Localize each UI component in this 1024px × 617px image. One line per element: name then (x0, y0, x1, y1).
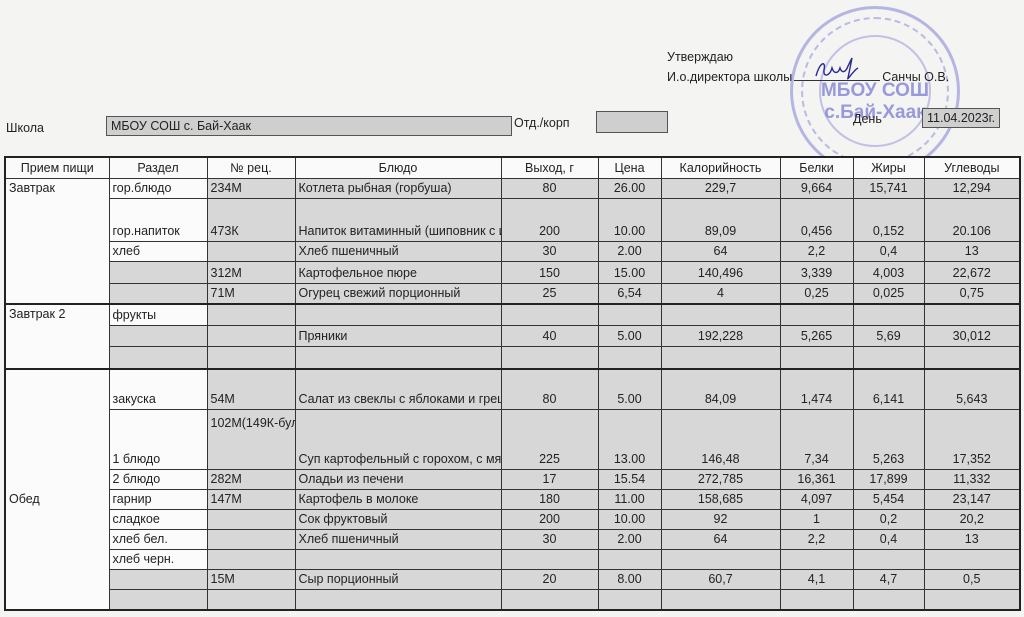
cell-dish: Пряники (295, 325, 501, 346)
cell-recipe: 282М (207, 469, 295, 489)
signature-icon (812, 56, 862, 84)
cell-recipe (207, 325, 295, 346)
cell-dish (295, 549, 501, 569)
cell-fat (853, 304, 924, 325)
cell-section: 1 блюдо (109, 409, 207, 469)
signature-field (794, 68, 880, 81)
table-row: хлеб черн. (5, 549, 1020, 569)
cell-fat: 0,152 (853, 199, 924, 242)
cell-dish: Салат из свеклы с яблоками и грецкими ор… (295, 369, 501, 409)
cell-section: гор.напиток (109, 199, 207, 242)
cell-protein: 7,34 (780, 409, 853, 469)
date-field: 11.04.2023г. (922, 108, 1000, 128)
cell-fat: 0,2 (853, 509, 924, 529)
cell-protein: 0,25 (780, 284, 853, 305)
cell-carbs: 23,147 (924, 489, 1020, 509)
approver-position: И.о.директора школы (667, 70, 792, 84)
meal-name: Завтрак 2 (5, 304, 109, 369)
meal-name: Обед (5, 369, 109, 610)
cell-price: 10.00 (598, 509, 661, 529)
cell-kcal: 272,785 (661, 469, 780, 489)
cell-section: фрукты (109, 304, 207, 325)
cell-yield: 80 (501, 369, 598, 409)
column-header-fat: Жиры (853, 157, 924, 179)
cell-dish: Оладьи из печени (295, 469, 501, 489)
column-header-price: Цена (598, 157, 661, 179)
cell-dish: Картофель в молоке (295, 489, 501, 509)
column-header-section: Раздел (109, 157, 207, 179)
cell-carbs (924, 549, 1020, 569)
cell-dish: Сыр порционный (295, 569, 501, 589)
cell-dish (295, 304, 501, 325)
cell-price: 2.00 (598, 529, 661, 549)
approval-block: Утверждаю И.о.директора школыСанчы О.В. (667, 47, 949, 87)
cell-fat: 5,263 (853, 409, 924, 469)
school-stamp: МБОУ СОШ с.Бай-Хаак (790, 6, 960, 176)
cell-dish: Картофельное пюре (295, 262, 501, 284)
table-row: гор.напиток473КНапиток витаминный (шипов… (5, 199, 1020, 242)
cell-recipe: 71М (207, 284, 295, 305)
cell-fat: 5,454 (853, 489, 924, 509)
table-row: Завтракгор.блюдо234МКотлета рыбная (горб… (5, 179, 1020, 199)
cell-fat: 17,899 (853, 469, 924, 489)
cell-price (598, 589, 661, 610)
cell-kcal: 89,09 (661, 199, 780, 242)
cell-price: 5.00 (598, 325, 661, 346)
cell-recipe: 147М (207, 489, 295, 509)
cell-kcal: 4 (661, 284, 780, 305)
cell-recipe: 102М(149К-бульон) (207, 409, 295, 469)
cell-carbs: 11,332 (924, 469, 1020, 489)
cell-protein: 4,097 (780, 489, 853, 509)
table-row: хлеб бел.Хлеб пшеничный302.00642,20,413 (5, 529, 1020, 549)
cell-recipe: 234М (207, 179, 295, 199)
cell-protein: 3,339 (780, 262, 853, 284)
cell-recipe (207, 529, 295, 549)
table-row: 312МКартофельное пюре15015.00140,4963,33… (5, 262, 1020, 284)
cell-dish (295, 589, 501, 610)
cell-kcal: 192,228 (661, 325, 780, 346)
cell-protein: 2,2 (780, 529, 853, 549)
school-label: Школа (6, 121, 44, 135)
table-row: 15МСыр порционный208.0060,74,14,70,5 (5, 569, 1020, 589)
cell-yield: 80 (501, 179, 598, 199)
cell-section: закуска (109, 369, 207, 409)
cell-protein: 0,456 (780, 199, 853, 242)
cell-fat: 5,69 (853, 325, 924, 346)
dept-field (596, 111, 668, 133)
cell-price: 13.00 (598, 409, 661, 469)
cell-recipe (207, 304, 295, 325)
cell-kcal (661, 346, 780, 369)
cell-recipe (207, 346, 295, 369)
column-header-recipe: № рец. (207, 157, 295, 179)
cell-protein: 9,664 (780, 179, 853, 199)
table-row (5, 589, 1020, 610)
cell-price (598, 304, 661, 325)
column-header-dish: Блюдо (295, 157, 501, 179)
cell-dish: Суп картофельный с горохом, с мясом птиц… (295, 409, 501, 469)
cell-yield: 150 (501, 262, 598, 284)
cell-kcal: 84,09 (661, 369, 780, 409)
cell-yield (501, 589, 598, 610)
cell-fat: 6,141 (853, 369, 924, 409)
table-row: сладкоеСок фруктовый20010.009210,220,2 (5, 509, 1020, 529)
cell-price: 15.00 (598, 262, 661, 284)
cell-dish: Огурец свежий порционный (295, 284, 501, 305)
cell-recipe: 15М (207, 569, 295, 589)
cell-kcal (661, 589, 780, 610)
table-row: хлебХлеб пшеничный302.00642,20,413 (5, 242, 1020, 262)
cell-carbs: 22,672 (924, 262, 1020, 284)
cell-fat: 0,4 (853, 242, 924, 262)
cell-price: 10.00 (598, 199, 661, 242)
table-row: 71МОгурец свежий порционный256,5440,250,… (5, 284, 1020, 305)
cell-section: гор.блюдо (109, 179, 207, 199)
cell-kcal: 64 (661, 242, 780, 262)
cell-fat (853, 346, 924, 369)
cell-carbs: 12,294 (924, 179, 1020, 199)
cell-protein (780, 304, 853, 325)
cell-dish (295, 346, 501, 369)
cell-kcal (661, 304, 780, 325)
cell-kcal: 146,48 (661, 409, 780, 469)
cell-carbs: 13 (924, 242, 1020, 262)
table-row: Обедзакуска54МСалат из свеклы с яблоками… (5, 369, 1020, 409)
cell-protein: 1 (780, 509, 853, 529)
cell-yield: 30 (501, 529, 598, 549)
cell-section (109, 589, 207, 610)
cell-dish: Котлета рыбная (горбуша) (295, 179, 501, 199)
cell-yield (501, 549, 598, 569)
cell-yield: 20 (501, 569, 598, 589)
cell-yield: 200 (501, 199, 598, 242)
cell-price: 26.00 (598, 179, 661, 199)
cell-protein: 2,2 (780, 242, 853, 262)
cell-section: гарнир (109, 489, 207, 509)
cell-kcal: 158,685 (661, 489, 780, 509)
cell-carbs: 20,2 (924, 509, 1020, 529)
cell-fat: 15,741 (853, 179, 924, 199)
cell-fat: 0,4 (853, 529, 924, 549)
cell-carbs (924, 304, 1020, 325)
cell-yield (501, 304, 598, 325)
cell-section: 2 блюдо (109, 469, 207, 489)
cell-carbs: 5,643 (924, 369, 1020, 409)
table-row: Пряники405.00192,2285,2655,6930,012 (5, 325, 1020, 346)
table-row: 2 блюдо282МОладьи из печени1715.54272,78… (5, 469, 1020, 489)
cell-protein: 5,265 (780, 325, 853, 346)
cell-recipe: 473К (207, 199, 295, 242)
cell-fat: 0,025 (853, 284, 924, 305)
approval-title: Утверждаю (667, 47, 949, 67)
cell-price: 11.00 (598, 489, 661, 509)
cell-yield: 17 (501, 469, 598, 489)
cell-section: хлеб (109, 242, 207, 262)
cell-price: 8.00 (598, 569, 661, 589)
cell-kcal: 92 (661, 509, 780, 529)
cell-price: 15.54 (598, 469, 661, 489)
cell-section (109, 569, 207, 589)
cell-price: 6,54 (598, 284, 661, 305)
table-row: 1 блюдо102М(149К-бульон)Суп картофельный… (5, 409, 1020, 469)
table-header-row: Прием пищиРаздел№ рец.БлюдоВыход, гЦенаК… (5, 157, 1020, 179)
cell-carbs (924, 346, 1020, 369)
cell-section: сладкое (109, 509, 207, 529)
day-label: День (853, 112, 882, 126)
table-row (5, 346, 1020, 369)
table-row: гарнир147МКартофель в молоке18011.00158,… (5, 489, 1020, 509)
cell-recipe (207, 549, 295, 569)
cell-price (598, 346, 661, 369)
cell-section (109, 346, 207, 369)
cell-protein (780, 589, 853, 610)
cell-section (109, 262, 207, 284)
cell-kcal (661, 549, 780, 569)
cell-yield: 225 (501, 409, 598, 469)
cell-protein: 16,361 (780, 469, 853, 489)
cell-recipe: 54М (207, 369, 295, 409)
column-header-yield: Выход, г (501, 157, 598, 179)
column-header-protein: Белки (780, 157, 853, 179)
menu-table: Прием пищиРаздел№ рец.БлюдоВыход, гЦенаК… (4, 156, 1021, 611)
cell-carbs: 20.106 (924, 199, 1020, 242)
cell-recipe: 312М (207, 262, 295, 284)
cell-yield: 200 (501, 509, 598, 529)
column-header-meal: Прием пищи (5, 157, 109, 179)
cell-carbs: 0,75 (924, 284, 1020, 305)
approver-name: Санчы О.В. (882, 70, 949, 84)
cell-section (109, 284, 207, 305)
cell-dish: Хлеб пшеничный (295, 529, 501, 549)
cell-kcal: 140,496 (661, 262, 780, 284)
cell-section (109, 325, 207, 346)
cell-fat: 4,003 (853, 262, 924, 284)
school-field: МБОУ СОШ с. Бай-Хаак (106, 116, 512, 136)
cell-carbs: 30,012 (924, 325, 1020, 346)
cell-dish: Напиток витаминный (шиповник с изюмом) (295, 199, 501, 242)
cell-yield (501, 346, 598, 369)
cell-kcal: 229,7 (661, 179, 780, 199)
cell-recipe (207, 589, 295, 610)
cell-protein: 4,1 (780, 569, 853, 589)
cell-section: хлеб бел. (109, 529, 207, 549)
cell-yield: 40 (501, 325, 598, 346)
cell-kcal: 64 (661, 529, 780, 549)
cell-price: 2.00 (598, 242, 661, 262)
cell-section: хлеб черн. (109, 549, 207, 569)
cell-carbs: 0,5 (924, 569, 1020, 589)
cell-protein (780, 549, 853, 569)
cell-carbs (924, 589, 1020, 610)
cell-protein (780, 346, 853, 369)
cell-recipe (207, 242, 295, 262)
cell-price: 5.00 (598, 369, 661, 409)
cell-fat (853, 549, 924, 569)
table-row: Завтрак 2фрукты (5, 304, 1020, 325)
column-header-kcal: Калорийность (661, 157, 780, 179)
cell-fat (853, 589, 924, 610)
cell-yield: 25 (501, 284, 598, 305)
cell-fat: 4,7 (853, 569, 924, 589)
cell-kcal: 60,7 (661, 569, 780, 589)
cell-carbs: 17,352 (924, 409, 1020, 469)
cell-yield: 180 (501, 489, 598, 509)
dept-label: Отд./корп (514, 116, 570, 130)
meal-name: Завтрак (5, 179, 109, 305)
cell-yield: 30 (501, 242, 598, 262)
cell-dish: Хлеб пшеничный (295, 242, 501, 262)
column-header-carbs: Углеводы (924, 157, 1020, 179)
approval-signature-line: И.о.директора школыСанчы О.В. (667, 67, 949, 87)
cell-recipe (207, 509, 295, 529)
cell-protein: 1,474 (780, 369, 853, 409)
cell-price (598, 549, 661, 569)
cell-dish: Сок фруктовый (295, 509, 501, 529)
cell-carbs: 13 (924, 529, 1020, 549)
